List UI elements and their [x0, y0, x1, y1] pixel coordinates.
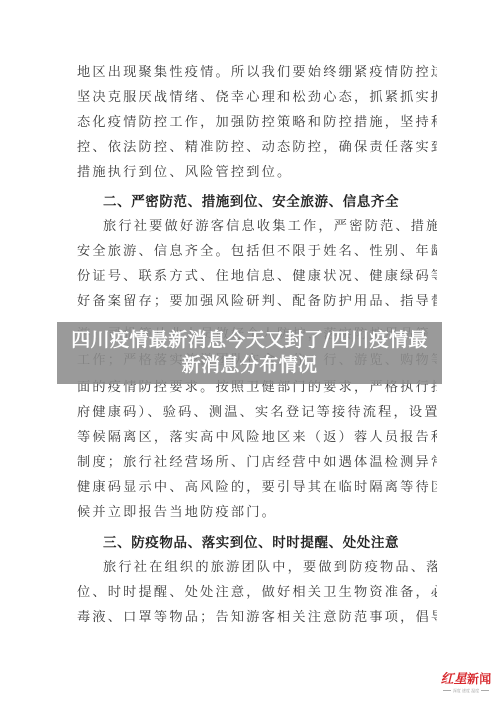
divider: [481, 690, 489, 691]
body-text-line: 地区出现聚集性疫情。所以我们要始终绷紧疫情防控这根弦，: [77, 64, 437, 82]
body-text-line: 份证号、联系方式、住地信息、健康状况、健康绿码等，做: [77, 268, 437, 286]
logo-tagline: 深度 速度 温度: [453, 688, 480, 693]
section-heading-3: 三、防疫物品、落实到位、时时提醒、处处注意: [103, 534, 399, 552]
section-heading-2: 二、严密防范、措施到位、安全旅游、信息齐全: [103, 193, 399, 211]
body-text-line: 府健康码）、验码、测温、实名登记等接待流程，设置专用: [77, 404, 437, 422]
logo-name: 新闻: [467, 672, 491, 686]
logo-tagline-row: 深度 速度 温度: [436, 688, 496, 693]
body-text-line: 旅行社在组织的旅游团队中，要做到防疫物品、落实到: [103, 559, 437, 577]
body-text-line: 态化疫情防控工作，加强防控策略和防控措施，坚持科学防: [77, 114, 437, 132]
body-text-line: 等候隔离区，落实高中风险地区来（返）蓉人员报告和备案: [77, 429, 437, 447]
body-text-line: 好备案留存；要加强风险研判、配备防护用品、指导督促导: [77, 293, 437, 311]
body-text-line: 措施执行到位、风险管控到位。: [77, 164, 437, 182]
body-text-line: 控、依法防控、精准防控、动态防控，确保责任落实到位、: [77, 139, 437, 157]
banner-title: 四川疫情最新消息今天又封了/四川疫情最新消息分布情况: [70, 328, 430, 378]
body-text-line: 候并立即报告当地防疫部门。: [77, 504, 437, 522]
title-banner: 四川疫情最新消息今天又封了/四川疫情最新消息分布情况: [57, 322, 442, 384]
divider: [443, 690, 451, 691]
news-logo: 红星新闻 深度 速度 温度: [436, 672, 496, 700]
logo-wordmark: 红星新闻: [436, 672, 496, 687]
body-text-line: 坚决克服厌战情绪、侥幸心理和松劲心态，抓紧抓实抓细常: [77, 89, 437, 107]
body-text-line: 健康码显示中、高风险的，要引导其在临时隔离等待区域等: [77, 479, 437, 497]
body-text-line: 位、时时提醒、处处注意，做好相关卫生物资准备，必备消: [77, 584, 437, 602]
document-page: 地区出现聚集性疫情。所以我们要始终绷紧疫情防控这根弦， 坚决克服厌战情绪、侥幸心…: [0, 0, 500, 707]
body-text-line: 毒液、口罩等物品；告知游客相关注意防范事项，倡导文明: [77, 609, 437, 627]
body-text-line: 制度；旅行社经营场所、门店经营中如遇体温检测异常或者: [77, 454, 437, 472]
body-text-line: 安全旅游、信息齐全。包括但不限于姓名、性别、年龄、身: [77, 243, 437, 261]
body-text-line: 旅行社要做好游客信息收集工作，严密防范、措施到位、: [103, 218, 437, 236]
logo-script: 红星: [441, 672, 467, 687]
